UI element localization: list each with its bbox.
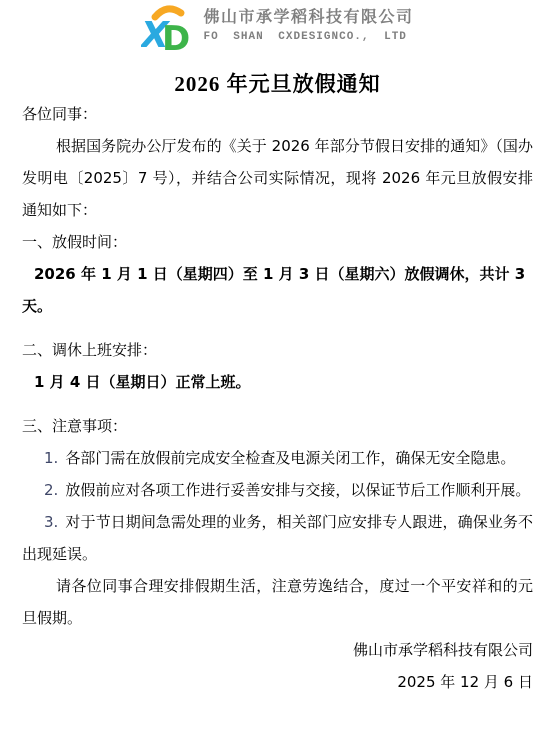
section1-content: 2026 年 1 月 1 日（星期四）至 1 月 3 日（星期六）放假调休，共计… [22,258,533,322]
company-name-en: FO SHAN CXDESIGNCO., LTD [203,30,413,44]
section2-content: 1 月 4 日（星期日）正常上班。 [22,366,533,398]
note-item-2: 2.放假前应对各项工作进行妥善安排与交接，以保证节后工作顺利开展。 [22,474,533,506]
document-body: 各位同事： 根据国务院办公厅发布的《关于 2026 年部分节假日安排的通知》（国… [22,98,533,698]
note-item-1: 1.各部门需在放假前完成安全检查及电源关闭工作，确保无安全隐患。 [22,442,533,474]
salutation: 各位同事： [22,98,533,130]
note-number: 1. [44,449,58,467]
company-name-block: 佛山市承学稻科技有限公司 FO SHAN CXDESIGNCO., LTD [203,4,413,44]
section1-heading: 一、放假时间： [22,226,533,258]
company-logo-icon: X D [141,4,195,54]
signature-company: 佛山市承学稻科技有限公司 [22,634,533,666]
note-number: 3. [44,513,58,531]
document-title: 2026 年元旦放假通知 [0,68,555,98]
intro-paragraph: 根据国务院办公厅发布的《关于 2026 年部分节假日安排的通知》（国办发明电〔2… [22,130,533,226]
note-item-3: 3.对于节日期间急需处理的业务，相关部门应安排专人跟进，确保业务不出现延误。 [22,506,533,570]
note-text: 对于节日期间急需处理的业务，相关部门应安排专人跟进，确保业务不出现延误。 [22,513,533,563]
notice-document: X D 佛山市承学稻科技有限公司 FO SHAN CXDESIGNCO., LT… [0,0,555,749]
closing-paragraph: 请各位同事合理安排假期生活，注意劳逸结合，度过一个平安祥和的元旦假期。 [22,570,533,634]
svg-text:D: D [162,19,190,54]
note-number: 2. [44,481,58,499]
section2-heading: 二、调休上班安排： [22,334,533,366]
company-name-cn: 佛山市承学稻科技有限公司 [203,7,413,27]
company-header: X D 佛山市承学稻科技有限公司 FO SHAN CXDESIGNCO., LT… [0,0,555,54]
section3-heading: 三、注意事项： [22,410,533,442]
note-text: 放假前应对各项工作进行妥善安排与交接，以保证节后工作顺利开展。 [65,481,530,499]
signature-date: 2025 年 12 月 6 日 [22,666,533,698]
note-text: 各部门需在放假前完成安全检查及电源关闭工作，确保无安全隐患。 [65,449,515,467]
